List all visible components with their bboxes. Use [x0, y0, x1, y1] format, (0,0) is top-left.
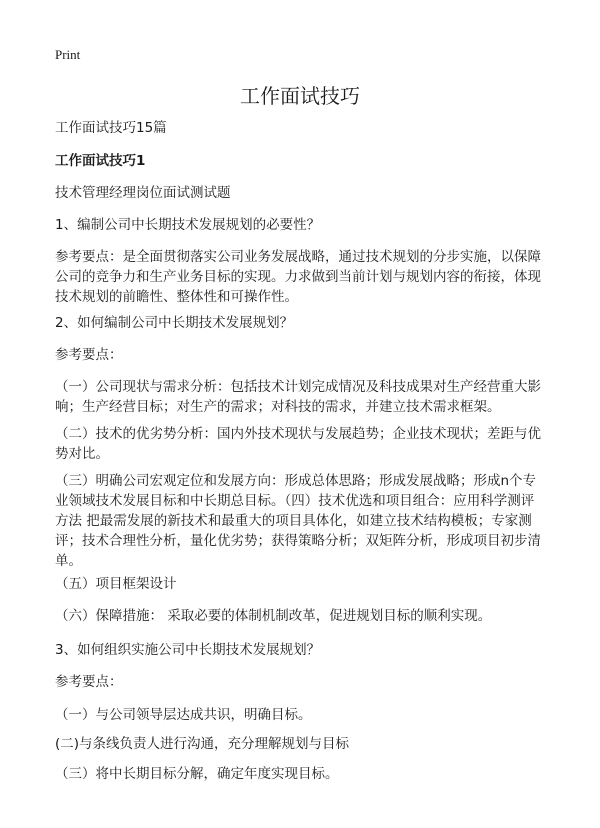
paragraph: (二)与条线负责人进行沟通，充分理解规划与目标: [55, 734, 545, 754]
paragraph: （三）将中长期目标分解，确定年度实现目标。: [55, 764, 545, 784]
paragraph: 参考要点：: [55, 672, 545, 692]
paragraph: 参考要点：是全面贯彻落实公司业务发展战略，通过技术规划的分步实施，以保障公司的竞…: [55, 247, 545, 307]
paragraph: 参考要点：: [55, 345, 545, 365]
document-title: 工作面试技巧: [55, 80, 545, 109]
paragraph: （五）项目框架设计: [55, 574, 545, 594]
paragraph: （一）公司现状与需求分析：包括技术计划完成情况及科技成果对生产经营重大影响；生产…: [55, 377, 545, 417]
question-3: 3、如何组织实施公司中长期技术发展规划？: [55, 640, 545, 660]
document-subtitle: 工作面试技巧15篇: [55, 118, 545, 138]
print-label: Print: [55, 47, 80, 63]
paragraph: （一）与公司领导层达成共识，明确目标。: [55, 705, 545, 725]
section-heading: 工作面试技巧1: [55, 151, 545, 171]
question-1: 1、编制公司中长期技术发展规划的必要性？: [55, 215, 545, 235]
paragraph: （六）保障措施： 采取必要的体制机制改革，促进规划目标的顺利实现。: [55, 606, 545, 626]
paragraph: （二）技术的优劣势分析：国内外技术现状与发展趋势；企业技术现状；差距与优势对比。: [55, 424, 545, 464]
paragraph: 技术管理经理岗位面试测试题: [55, 183, 545, 203]
question-2: 2、如何编制公司中长期技术发展规划？: [55, 313, 545, 333]
paragraph: （三）明确公司宏观定位和发展方向：形成总体思路；形成发展战略；形成n个专业领域技…: [55, 471, 545, 571]
